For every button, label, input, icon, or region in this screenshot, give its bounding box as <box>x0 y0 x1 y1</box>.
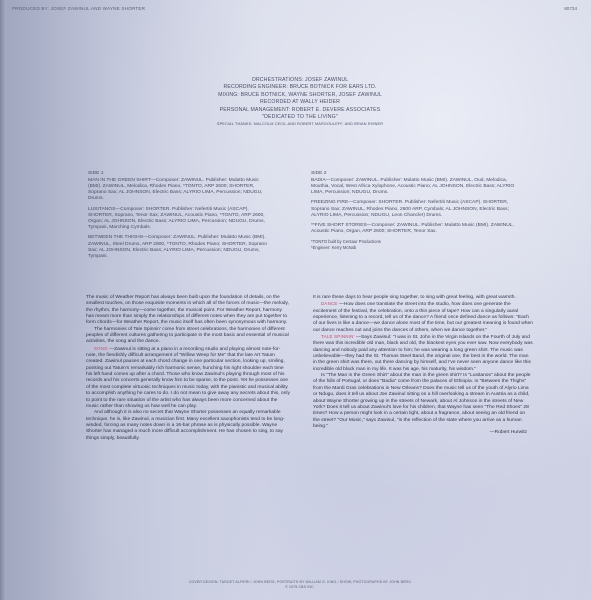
side-2-heading: SIDE 2 <box>311 171 526 177</box>
side-1-heading: SIDE 1 <box>88 171 268 177</box>
track-credit: MAN IN THE GREEN SHIRT—Composer: ZAWINUL… <box>88 178 268 203</box>
design-credits: COVER DESIGN: TARGET ALFIERI / JOHN BERG… <box>150 580 450 590</box>
section-lead: DANCE <box>321 301 338 306</box>
essay-paragraph: DANCE —How does one translate the street… <box>313 301 533 334</box>
production-credits: ORCHESTRATIONS: JOSEF ZAWINUL RECORDING … <box>150 77 450 127</box>
essay-paragraph: SONG —Zawinul is sitting at a piano in a… <box>86 346 291 410</box>
credit-line: RECORDED AT WALLY HEIDER <box>150 99 450 106</box>
track-credit: BADIA—Composer: ZAWINUL. Publisher: Mula… <box>311 178 526 197</box>
essay-paragraph: And although it is also no secret that W… <box>86 410 291 442</box>
catalog-number: 80734 <box>564 6 577 11</box>
section-lead: SONG <box>94 346 108 351</box>
liner-notes-right: It is rare these days to hear people sin… <box>313 295 533 437</box>
essay-paragraph: Is "The Man in the Green Shirt" about th… <box>313 373 533 430</box>
author-signature: —Robert Hurwitz <box>313 430 533 436</box>
sleeve-edge <box>0 0 6 600</box>
track-credit: BETWEEN THE THIGHS—Composer: ZAWINUL. Pu… <box>88 235 268 260</box>
footnote: *Engineer: Kerry McNab <box>311 245 526 250</box>
side-1-tracklist: SIDE 1 MAN IN THE GREEN SHIRT—Composer: … <box>88 171 268 264</box>
credit-line: PERSONAL MANAGEMENT: ROBERT E. DEVERE AS… <box>150 107 450 114</box>
essay-paragraph: TALE SPINNIN' —Says Zawinul: "I was in S… <box>313 334 533 373</box>
special-thanks: SPECIAL THANKS: MALCOLM CECIL AND ROBERT… <box>150 121 450 127</box>
track-credit: **FIVE SHORT STORIES—Composer: ZAWINUL. … <box>311 223 526 235</box>
essay-paragraph: The music of Weather Report has always b… <box>86 295 291 327</box>
credit-line: RECORDING ENGINEER: BRUCE BOTNICK FOR EA… <box>150 84 450 91</box>
credit-line: ORCHESTRATIONS: JOSEF ZAWINUL <box>150 77 450 84</box>
liner-notes-left: The music of Weather Report has always b… <box>86 295 291 442</box>
copyright: © 1975 CBS INC. <box>150 585 450 590</box>
section-lead: TALE SPINNIN' <box>321 334 355 339</box>
essay-paragraph: The harmonies of Tale Spinnin' come from… <box>86 327 291 346</box>
producer-credit: PRODUCED BY: JOSEF ZAWINUL AND WAYNE SHO… <box>12 6 145 11</box>
credit-line: MIXING: BRUCE BOTNICK, WAYNE SHORTER, JO… <box>150 92 450 99</box>
track-credit: FREEZING FIRE—Composer: SHORTER. Publish… <box>311 200 526 219</box>
track-credit: LUSITANOS—Composer: SHORTER. Publisher: … <box>88 207 268 232</box>
credit-line: "DEDICATED TO THE LIVING" <box>150 114 450 121</box>
side-2-tracklist: SIDE 2 BADIA—Composer: ZAWINUL. Publishe… <box>311 171 526 250</box>
